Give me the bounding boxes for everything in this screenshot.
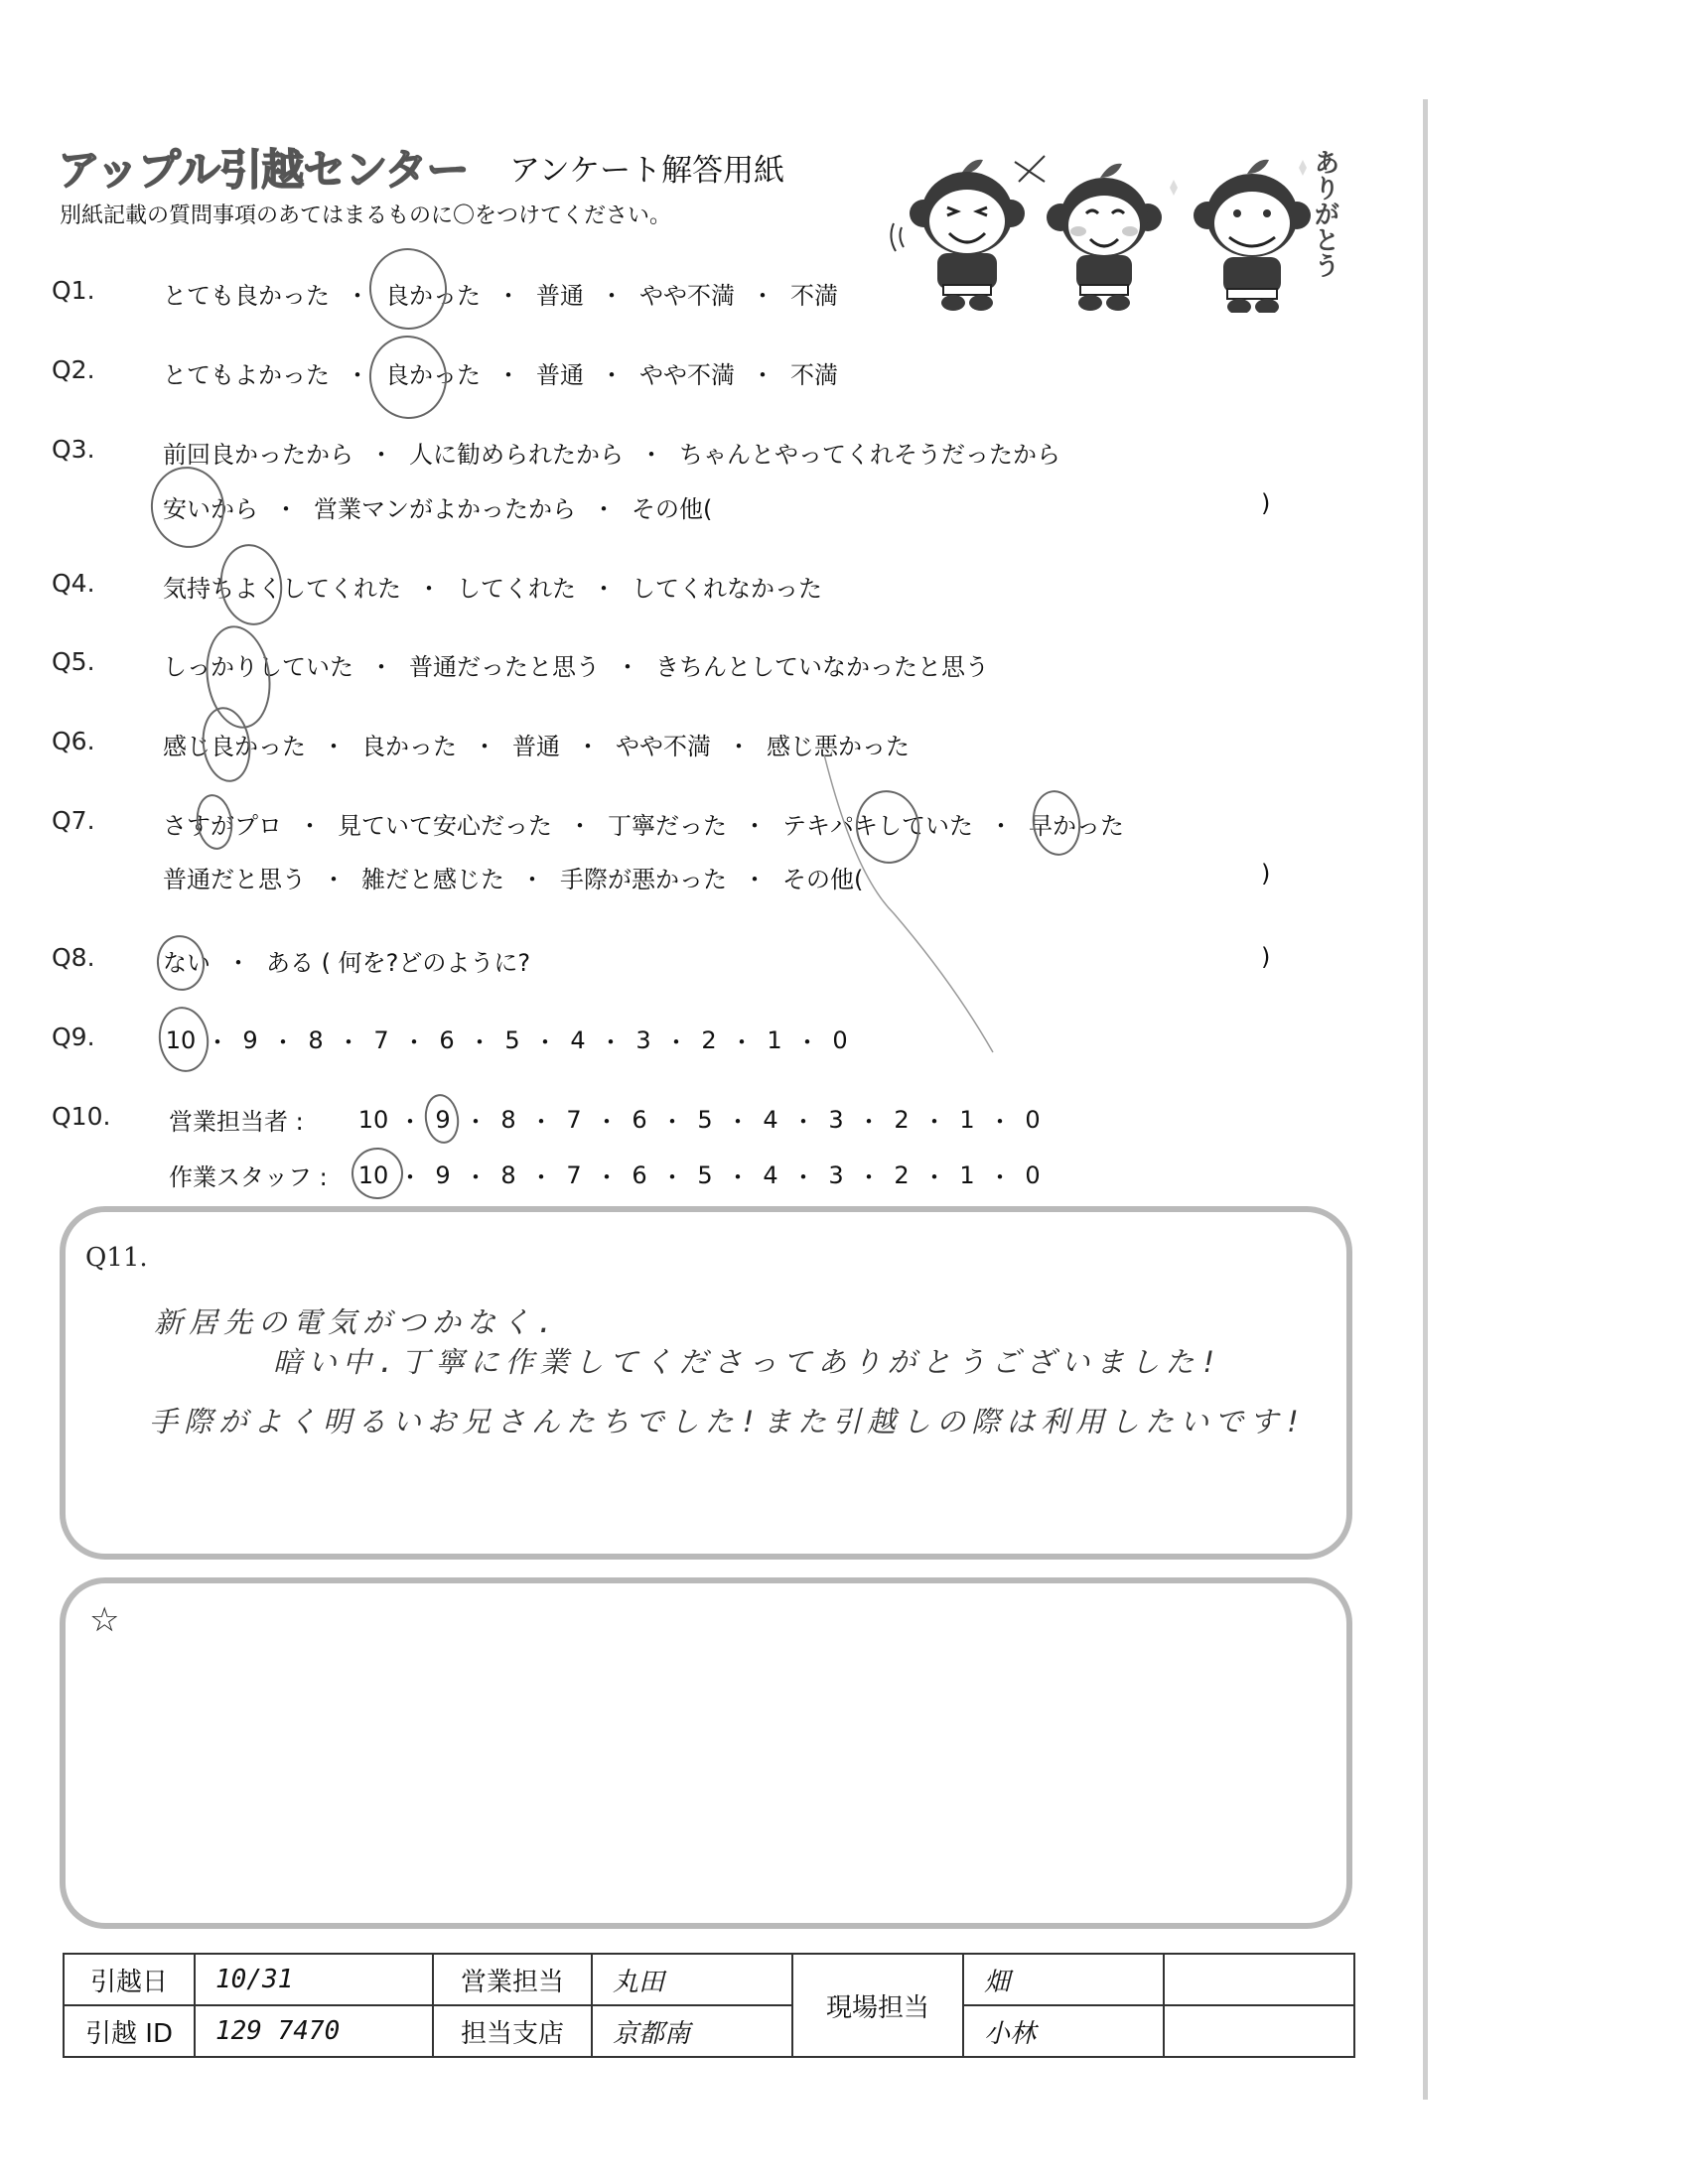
q10-sales-score[interactable]: 6 xyxy=(628,1106,651,1134)
q7-option[interactable]: 丁寧だった xyxy=(606,806,729,841)
q2-option[interactable]: とてもよかった xyxy=(161,355,332,390)
q9-score[interactable]: 4 xyxy=(566,1026,590,1054)
q1-option-selected[interactable]: 良かった xyxy=(383,276,483,311)
q7-option-selected[interactable]: テキパキしていた xyxy=(780,806,975,841)
star-icon: ☆ xyxy=(89,1600,119,1640)
q10-staff-label: 作業スタッフ : xyxy=(169,1158,357,1192)
mascot-winking-icon xyxy=(891,160,1025,311)
q9-score[interactable]: 7 xyxy=(369,1026,393,1054)
scan-edge-line xyxy=(1423,99,1428,2100)
move-id-label: 引越 ID xyxy=(64,2005,195,2057)
form-title: アンケート解答用紙 xyxy=(509,145,784,190)
q5-option-selected[interactable]: しっかりしていた xyxy=(161,647,355,682)
q6-option[interactable]: やや不満 xyxy=(614,727,713,761)
q3-other-close-paren: ) xyxy=(1261,489,1270,517)
q3-option-selected[interactable]: 安いから xyxy=(161,489,260,524)
q9-label: Q9. xyxy=(52,1023,95,1051)
q2-option[interactable]: 普通 xyxy=(534,355,586,390)
q10-sales-score-selected[interactable]: 9 xyxy=(431,1106,455,1134)
sales-rep-value[interactable]: 丸田 xyxy=(592,1954,792,2005)
q11-answer-line-3: 手際がよく明るいお兄さんたちでした!また引越しの際は利用したいです! xyxy=(149,1400,1308,1440)
q10-staff-score[interactable]: 5 xyxy=(693,1161,717,1189)
q10-sales-score[interactable]: 7 xyxy=(562,1106,586,1134)
q10-label: Q10. xyxy=(52,1102,110,1131)
q2-option[interactable]: やや不満 xyxy=(637,355,737,390)
q8-option-other[interactable]: ある ( 何を?どのように? xyxy=(264,943,532,978)
q6-options: 感じ良かった・ 良かった・ 普通・ やや不満・ 感じ悪かった xyxy=(161,727,912,761)
q2-option[interactable]: 不満 xyxy=(788,355,840,390)
stray-pencil-mark xyxy=(814,754,1072,1072)
extra-cell-2[interactable] xyxy=(1164,2005,1354,2057)
q9-score[interactable]: 0 xyxy=(828,1026,852,1054)
field-staff-label: 現場担当 xyxy=(792,1954,963,2057)
branch-label: 担当支店 xyxy=(433,2005,592,2057)
q10-staff-score-selected[interactable]: 10 xyxy=(357,1161,389,1189)
q7-option[interactable]: 手際が悪かった xyxy=(558,860,729,894)
branch-value[interactable]: 京都南 xyxy=(592,2005,792,2057)
q8-other-close-paren: ) xyxy=(1261,943,1270,971)
q9-score[interactable]: 1 xyxy=(763,1026,786,1054)
q10-sales-score[interactable]: 2 xyxy=(890,1106,914,1134)
q2-option-selected[interactable]: 良かった xyxy=(383,355,483,390)
notes-box[interactable] xyxy=(60,1577,1352,1929)
q7-option-selected[interactable]: さすがプロ xyxy=(161,806,284,841)
q9-score-selected[interactable]: 10 xyxy=(165,1026,197,1054)
field-staff-value-1[interactable]: 畑 xyxy=(963,1954,1164,2005)
mascot-caption: ありがとう xyxy=(1301,149,1340,278)
q2-label: Q2. xyxy=(52,355,95,384)
q7-label: Q7. xyxy=(52,806,95,835)
q7-options-line1: さすがプロ・ 見ていて安心だった・ 丁寧だった・ テキパキしていた・ 早かった xyxy=(161,806,1126,841)
q5-option[interactable]: きちんとしていなかったと思う xyxy=(653,647,991,682)
q10-staff-score[interactable]: 6 xyxy=(628,1161,651,1189)
q8-option-selected[interactable]: ない xyxy=(161,943,212,978)
q6-label: Q6. xyxy=(52,727,95,755)
q10-staff-score[interactable]: 7 xyxy=(562,1161,586,1189)
q10-staff-score[interactable]: 3 xyxy=(824,1161,848,1189)
q10-sales-label: 営業担当者 : xyxy=(169,1102,357,1137)
q4-option[interactable]: してくれた xyxy=(455,569,578,604)
q10-sales-score[interactable]: 0 xyxy=(1021,1106,1045,1134)
q10-sales-score[interactable]: 4 xyxy=(759,1106,782,1134)
q7-option[interactable]: 普通だと思う xyxy=(161,860,308,894)
q10-sales-score[interactable]: 8 xyxy=(496,1106,520,1134)
extra-cell-1[interactable] xyxy=(1164,1954,1354,2005)
q1-option[interactable]: やや不満 xyxy=(637,276,737,311)
q10-staff-score[interactable]: 0 xyxy=(1021,1161,1045,1189)
move-date-value[interactable]: 10/31 xyxy=(195,1954,433,2005)
sales-rep-label: 営業担当 xyxy=(433,1954,592,2005)
q7-option[interactable]: 見ていて安心だった xyxy=(336,806,554,841)
q9-score[interactable]: 5 xyxy=(500,1026,524,1054)
q7-option-other[interactable]: その他( xyxy=(780,860,865,894)
q5-options: しっかりしていた・ 普通だったと思う・ きちんとしていなかったと思う xyxy=(161,647,991,682)
q10-staff-row: 作業スタッフ : 10・ 9・ 8・ 7・ 6・ 5・ 4・ 3・ 2・ 1・ … xyxy=(169,1158,1045,1192)
q10-staff-score[interactable]: 9 xyxy=(431,1161,455,1189)
q6-option-selected[interactable]: 感じ良かった xyxy=(161,727,308,761)
q1-label: Q1. xyxy=(52,276,95,305)
q10-sales-score[interactable]: 1 xyxy=(955,1106,979,1134)
mascot-illustration xyxy=(874,144,1321,313)
q3-option[interactable]: 人に勧められたから xyxy=(407,435,626,470)
q10-staff-score[interactable]: 1 xyxy=(955,1161,979,1189)
q3-option[interactable]: 前回良かったから xyxy=(161,435,355,470)
q4-option[interactable]: してくれなかった xyxy=(630,569,824,604)
q6-option[interactable]: 良かった xyxy=(359,727,459,761)
q1-option[interactable]: 普通 xyxy=(534,276,586,311)
q5-label: Q5. xyxy=(52,647,95,676)
q1-option[interactable]: とても良かった xyxy=(161,276,332,311)
q9-scale: 10・ 9・ 8・ 7・ 6・ 5・ 4・ 3・ 2・ 1・ 0 xyxy=(165,1023,852,1057)
q1-option[interactable]: 不満 xyxy=(788,276,840,311)
mascot-smiling-icon xyxy=(1170,160,1311,313)
q3-option[interactable]: 営業マンがよかったから xyxy=(312,489,578,524)
q8-options: ない・ ある ( 何を?どのように? xyxy=(161,943,532,978)
q11-answer-line-1: 新居先の電気がつかなく. xyxy=(154,1300,559,1341)
q9-score[interactable]: 3 xyxy=(632,1026,655,1054)
q6-option[interactable]: 感じ悪かった xyxy=(765,727,912,761)
q3-option-other[interactable]: その他( xyxy=(630,489,714,524)
q10-staff-score[interactable]: 2 xyxy=(890,1161,914,1189)
q11-answer-line-2: 暗い中.丁寧に作業してくださってありがとうございました! xyxy=(273,1340,1223,1381)
q9-score[interactable]: 6 xyxy=(435,1026,459,1054)
q10-staff-score[interactable]: 8 xyxy=(496,1161,520,1189)
move-info-table: 引越日 10/31 営業担当 丸田 現場担当 畑 引越 ID 129 7470 … xyxy=(63,1953,1355,2058)
q10-sales-score[interactable]: 10 xyxy=(357,1106,389,1134)
instruction-text: 別紙記載の質問事項のあてはまるものに〇をつけてください。 xyxy=(60,199,671,229)
q3-label: Q3. xyxy=(52,435,95,464)
q8-label: Q8. xyxy=(52,943,95,972)
q7-option[interactable]: 雑だと感じた xyxy=(359,860,506,894)
q9-score[interactable]: 8 xyxy=(304,1026,328,1054)
q9-score[interactable]: 2 xyxy=(697,1026,721,1054)
q7-other-close-paren: ) xyxy=(1261,860,1270,887)
q10-staff-score[interactable]: 4 xyxy=(759,1161,782,1189)
q4-option-selected[interactable]: 気持ちよくしてくれた xyxy=(161,569,403,604)
q10-sales-row: 営業担当者 : 10・ 9・ 8・ 7・ 6・ 5・ 4・ 3・ 2・ 1・ 0 xyxy=(169,1102,1045,1137)
q1-options: とても良かった・ 良かった・ 普通・ やや不満・ 不満 xyxy=(161,276,840,311)
q2-options: とてもよかった・ 良かった・ 普通・ やや不満・ 不満 xyxy=(161,355,840,390)
q10-sales-score[interactable]: 5 xyxy=(693,1106,717,1134)
q7-options-line2: 普通だと思う・ 雑だと感じた・ 手際が悪かった・ その他( xyxy=(161,860,865,894)
q4-options: 気持ちよくしてくれた・ してくれた・ してくれなかった xyxy=(161,569,824,604)
q7-option-selected[interactable]: 早かった xyxy=(1027,806,1126,841)
q11-comment-box[interactable] xyxy=(60,1206,1352,1560)
q5-option[interactable]: 普通だったと思う xyxy=(407,647,602,682)
move-id-value[interactable]: 129 7470 xyxy=(195,2005,433,2057)
q10-sales-score[interactable]: 3 xyxy=(824,1106,848,1134)
brand-title: アップル引越センター xyxy=(58,137,469,198)
field-staff-value-2[interactable]: 小林 xyxy=(963,2005,1164,2057)
q6-option[interactable]: 普通 xyxy=(510,727,562,761)
move-date-label: 引越日 xyxy=(64,1954,195,2005)
q3-options-line1: 前回良かったから・ 人に勧められたから・ ちゃんとやってくれそうだったから xyxy=(161,435,1062,470)
q9-score[interactable]: 9 xyxy=(238,1026,262,1054)
mascot-happy-icon xyxy=(1015,156,1162,311)
q3-options-line2: 安いから・ 営業マンがよかったから・ その他( xyxy=(161,489,714,524)
q11-label: Q11. xyxy=(85,1243,148,1273)
q4-label: Q4. xyxy=(52,569,95,598)
q3-option[interactable]: ちゃんとやってくれそうだったから xyxy=(677,435,1062,470)
